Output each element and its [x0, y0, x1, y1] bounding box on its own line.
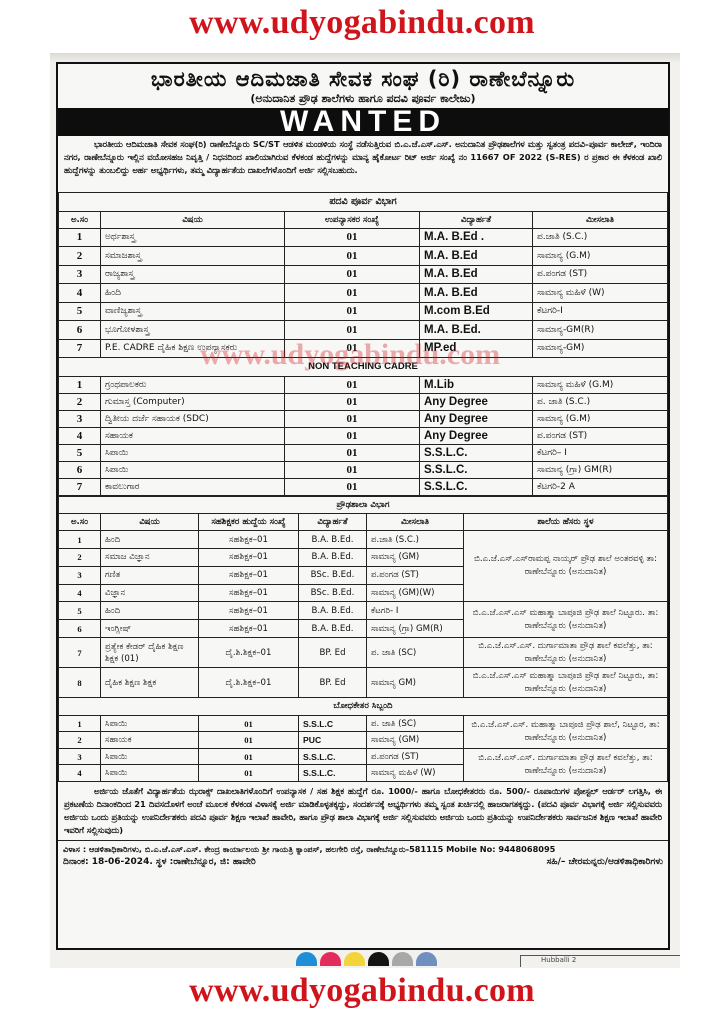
serial-number: 1 [59, 376, 101, 393]
reservation: ಪ. ಜಾತಿ (SC) [367, 638, 464, 668]
school-name: ಬಿ.ಎ.ಜೆ.ಎಸ್.ಎಸ್. ದುರ್ಗಾಮಾತಾ ಪ್ರೌಢ ಶಾಲೆ ಕ… [464, 638, 668, 668]
reservation: ಸಾಮಾನ್ಯ-GM) [533, 339, 668, 358]
subject: ದೈಹಿಕ ಶಿಕ್ಷಣ ಶಿಕ್ಷಕ [101, 668, 199, 698]
subject: ವಾಣಿಜ್ಯಶಾಸ್ತ್ರ [101, 302, 285, 321]
serial-number: 3 [59, 566, 101, 584]
serial-number: 3 [59, 410, 101, 427]
signature: ಸಹಿ/– ಚೇರಮನ್ನರು/ಆಡಳಿತಾಧಿಕಾರಿಗಳು [547, 857, 663, 867]
post-count: 01 [285, 247, 420, 266]
serial-number: 7 [59, 339, 101, 358]
post-count: 01 [285, 284, 420, 303]
serial-number: 4 [59, 584, 101, 602]
table-row: 2ಗುಮಾಸ್ತ (Computer)01Any Degreeಪ. ಜಾತಿ (… [59, 393, 668, 410]
serial-number: 8 [59, 668, 101, 698]
date-place: ದಿನಾಂಕ: 18-06-2024. ಸ್ಥಳ :ರಾಣೇಬೆನ್ನೂರ, ಜ… [63, 857, 256, 867]
subject: ಹಿಂದಿ [101, 284, 285, 303]
subject: P.E. CADRE ದೈಹಿಕ ಶಿಕ್ಷಣ ಉಪನ್ಯಾಸಕರು [101, 339, 285, 358]
post-count: 01 [285, 302, 420, 321]
table-row: 7ಕಾವಲುಗಾರ01S.S.L.C.ಕೆಟಗರಿ-2 A [59, 478, 668, 495]
serial-number: 1 [59, 531, 101, 549]
post-count: 01 [285, 228, 420, 247]
table-row: 6ಸಿಪಾಯಿ01S.S.L.C.ಸಾಮಾನ್ಯ (ಗ್ರಾ) GM(R) [59, 461, 668, 478]
post-count: 01 [285, 444, 420, 461]
subject: ಕಾವಲುಗಾರ [101, 478, 285, 495]
org-subtitle: (ಅನುದಾನಿತ ಪ್ರೌಢ ಶಾಲೆಗಳು ಹಾಗೂ ಪದವಿ ಪೂರ್ವ … [58, 92, 668, 105]
column-header: ಉಪನ್ಯಾಸಕರ ಸಂಖ್ಯೆ [285, 211, 420, 228]
subject: ರಾಜ್ಯಶಾಸ್ತ್ರ [101, 265, 285, 284]
table-header-row: ಅ.ಸಂವಿಷಯಉಪನ್ಯಾಸಕರ ಸಂಖ್ಯೆವಿದ್ಯಾರ್ಹತೆಮೀಸಲಾ… [59, 211, 668, 228]
subject: ಸಮಾಜಶಾಸ್ತ್ರ [101, 247, 285, 266]
table-row: 3ದ್ವಿತೀಯ ದರ್ಜೆ ಸಹಾಯಕ (SDC)01Any Degreeಸಾ… [59, 410, 668, 427]
qualification: M.Lib [420, 376, 533, 393]
school-name: ಬಿ.ಎ.ಜೆ.ಎಸ್.ಎಸ್. ದುರ್ಗಾಮಾತಾ ಪ್ರೌಢ ಶಾಲೆ ಕ… [464, 748, 668, 781]
reservation: ಸಾಮಾನ್ಯ ಮಹಿಳೆ (W) [533, 284, 668, 303]
school-name: ಬಿ.ಎ.ಜೆ.ಎಸ್.ಎಸ್ ಮಹಾತ್ಮಾ ಬಾಪೂಜಿ ಪ್ರೌಢ ಶಾಲ… [464, 668, 668, 698]
print-registration-marks [296, 952, 437, 966]
qualification: B.A. B.Ed. [299, 549, 367, 567]
reservation: ಪ.ಜಾತಿ (S.C.) [533, 228, 668, 247]
serial-number: 3 [59, 748, 101, 765]
registration-dot [416, 952, 437, 966]
table-row: 1ಹಿಂದಿಸಹಶಿಕ್ಷಕ–01B.A. B.Ed.ಪ.ಜಾತಿ (S.C.)… [59, 531, 668, 549]
subject: ಸಿಪಾಯಿ [101, 444, 285, 461]
serial-number: 2 [59, 393, 101, 410]
qualification: MP.ed [420, 339, 533, 358]
subject: ಹಿಂದಿ [101, 531, 199, 549]
post-count: ಸಹಶಿಕ್ಷಕ–01 [199, 620, 299, 638]
column-header: ವಿಷಯ [101, 514, 199, 531]
address: ವಿಳಾಸ : ಆಡಳಿತಾಧಿಕಾರಿಗಳು, ಬಿ.ಎ.ಜೆ.ಎಸ್.ಎಸ್… [58, 841, 668, 855]
serial-number: 7 [59, 638, 101, 668]
post-name: ಸಿಪಾಯಿ [101, 748, 199, 765]
reservation: ಪ.ಪಂಗಡ (ST) [533, 427, 668, 444]
serial-number: 5 [59, 602, 101, 620]
column-header: ಅ.ಸಂ [59, 514, 101, 531]
registration-dot [320, 952, 341, 966]
serial-number: 2 [59, 732, 101, 749]
serial-number: 1 [59, 715, 101, 732]
post-count: 01 [285, 376, 420, 393]
reservation: ಪ.ಪಂಗಡ (ST) [367, 566, 464, 584]
serial-number: 4 [59, 765, 101, 782]
high-school-table: ಪ್ರೌಢಶಾಲಾ ವಿಭಾಗ ಅ.ಸಂವಿಷಯಸಹಶಿಕ್ಷಕರ ಹುದ್ದೆ… [58, 496, 668, 782]
reservation: ಪ. ಜಾತಿ (S.C.) [533, 393, 668, 410]
table-row: 4ಹಿಂದಿ01M.A. B.Edಸಾಮಾನ್ಯ ಮಹಿಳೆ (W) [59, 284, 668, 303]
subject: ಗುಮಾಸ್ತ (Computer) [101, 393, 285, 410]
serial-number: 6 [59, 461, 101, 478]
column-header: ಅ.ಸಂ [59, 211, 101, 228]
column-header: ಶಾಲೆಯ ಹೆಸರು ಸ್ಥಳ [464, 514, 668, 531]
qualification: M.A. B.Ed. [420, 321, 533, 340]
post-count: ಸಹಶಿಕ್ಷಕ–01 [199, 531, 299, 549]
subject: ಅರ್ಥಶಾಸ್ತ್ರ [101, 228, 285, 247]
column-header: ವಿದ್ಯಾರ್ಹತೆ [299, 514, 367, 531]
reservation: ಸಾಮಾನ್ಯ (GM)(W) [367, 584, 464, 602]
qualification: PUC [299, 732, 367, 749]
subject: ಸಿಪಾಯಿ [101, 461, 285, 478]
reservation: ಸಾಮಾನ್ಯ (ಗ್ರಾ) GM(R) [367, 620, 464, 638]
site-url-top[interactable]: www.udyogabindu.com [0, 4, 724, 42]
table-row: 4ಸಹಾಯಕ01Any Degreeಪ.ಪಂಗಡ (ST) [59, 427, 668, 444]
post-count: 01 [285, 461, 420, 478]
qualification: Any Degree [420, 410, 533, 427]
reservation: ಪ.ಜಾತಿ (S.C.) [367, 531, 464, 549]
serial-number: 5 [59, 444, 101, 461]
reservation: ಪ. ಜಾತಿ (SC) [367, 715, 464, 732]
post-count: ಸಹಶಿಕ್ಷಕ–01 [199, 602, 299, 620]
subject: ಗಣಿತ [101, 566, 199, 584]
post-count: 01 [199, 748, 299, 765]
table-row: 7P.E. CADRE ದೈಹಿಕ ಶಿಕ್ಷಣ ಉಪನ್ಯಾಸಕರು01MP.… [59, 339, 668, 358]
reservation: ಸಾಮಾನ್ಯ ಮಹಿಳೆ (W) [367, 765, 464, 782]
post-count: 01 [285, 427, 420, 444]
qualification: BP. Ed [299, 668, 367, 698]
reservation: ಕೆಟಗರಿ-I [533, 302, 668, 321]
serial-number: 5 [59, 302, 101, 321]
wanted-banner: WANTED [58, 108, 668, 136]
qualification: BSc. B.Ed. [299, 584, 367, 602]
table-row: 5ಸಿಪಾಯಿ01S.S.L.C.ಕೆಟಗರಿ– I [59, 444, 668, 461]
column-header: ಮೀಸಲಾತಿ [533, 211, 668, 228]
post-name: ಸಿಪಾಯಿ [101, 765, 199, 782]
subject: ಸಮಾಜ ವಿಜ್ಞಾನ [101, 549, 199, 567]
table-row: 3ಸಿಪಾಯಿ01S.S.L.C.ಪ.ಪಂಗಡ (ST)ಬಿ.ಎ.ಜೆ.ಎಸ್.… [59, 748, 668, 765]
table-row: 1ಸಿಪಾಯಿ01S.S.L.Cಪ. ಜಾತಿ (SC)ಬಿ.ಎ.ಜೆ.ಎಸ್.… [59, 715, 668, 732]
subject: ಪ್ರತ್ಯೇಕ ಕೇಡರ್ ದೈಹಿಕ ಶಿಕ್ಷಣ ಶಿಕ್ಷಕ (01) [101, 638, 199, 668]
serial-number: 6 [59, 620, 101, 638]
post-count: ದೈ.ಶಿ.ಶಿಕ್ಷಕ–01 [199, 668, 299, 698]
puc-table: ಪದವಿ ಪೂರ್ವ ವಿಭಾಗ ಅ.ಸಂವಿಷಯಉಪನ್ಯಾಸಕರ ಸಂಖ್ಯ… [58, 192, 668, 496]
post-count: ಸಹಶಿಕ್ಷಕ–01 [199, 549, 299, 567]
post-count: ಸಹಶಿಕ್ಷಕ–01 [199, 566, 299, 584]
table-row: 1ಅರ್ಥಶಾಸ್ತ್ರ01M.A. B.Ed .ಪ.ಜಾತಿ (S.C.) [59, 228, 668, 247]
serial-number: 2 [59, 549, 101, 567]
subject: ಗ್ರಂಥಪಾಲಕರು [101, 376, 285, 393]
job-advertisement: ಭಾರತೀಯ ಆದಿಮಜಾತಿ ಸೇವಕ ಸಂಘ (ರಿ) ರಾಣೇಬೆನ್ನೂ… [56, 62, 670, 950]
serial-number: 6 [59, 321, 101, 340]
reservation: ಸಾಮಾನ್ಯ ಮಹಿಳೆ (G.M) [533, 376, 668, 393]
qualification: B.A. B.Ed. [299, 602, 367, 620]
qualification: S.S.L.C. [420, 461, 533, 478]
reservation: ಕೆಟಗರಿ- I [367, 602, 464, 620]
table-row: 6ಭೂಗೋಳಶಾಸ್ತ್ರ01M.A. B.Ed.ಸಾಮಾನ್ಯ-GM(R) [59, 321, 668, 340]
reservation: ಕೆಟಗರಿ– I [533, 444, 668, 461]
registration-dot [392, 952, 413, 966]
section-title: ಬೋಧಕೇತರ ಸಿಬ್ಬಂದಿ [59, 698, 668, 716]
column-header: ಸಹಶಿಕ್ಷಕರ ಹುದ್ದೆಯ ಸಂಖ್ಯೆ [199, 514, 299, 531]
qualification: B.A. B.Ed. [299, 620, 367, 638]
section-title: ಪದವಿ ಪೂರ್ವ ವಿಭಾಗ [59, 193, 668, 212]
qualification: S.S.L.C [299, 715, 367, 732]
reservation: ಸಾಮಾನ್ಯ-GM(R) [533, 321, 668, 340]
post-count: 01 [199, 715, 299, 732]
qualification: M.com B.Ed [420, 302, 533, 321]
table-row: 8ದೈಹಿಕ ಶಿಕ್ಷಣ ಶಿಕ್ಷಕದೈ.ಶಿ.ಶಿಕ್ಷಕ–01BP. E… [59, 668, 668, 698]
reservation: ಸಾಮಾನ್ಯ (ಗ್ರಾ) GM(R) [533, 461, 668, 478]
post-name: ಸಹಾಯಕ [101, 732, 199, 749]
serial-number: 1 [59, 228, 101, 247]
qualification: M.A. B.Ed [420, 265, 533, 284]
school-name: ಬಿ.ಎ.ಜೆ.ಎಸ್.ಎಸ್‌ರಾಮಪ್ಪ ನಾಯ್ಕರ್ ಪ್ರೌಢ ಶಾಲ… [464, 531, 668, 602]
registration-dot [368, 952, 389, 966]
serial-number: 3 [59, 265, 101, 284]
serial-number: 4 [59, 427, 101, 444]
post-count: 01 [285, 265, 420, 284]
table-row: 2ಸಮಾಜಶಾಸ್ತ್ರ01M.A. B.Edಸಾಮಾನ್ಯ (G.M) [59, 247, 668, 266]
serial-number: 7 [59, 478, 101, 495]
reservation: ಸಾಮಾನ್ಯ (G.M) [533, 410, 668, 427]
reservation: ಸಾಮಾನ್ಯ (GM) [367, 732, 464, 749]
newspaper-clipping: ಭಾರತೀಯ ಆದಿಮಜಾತಿ ಸೇವಕ ಸಂಘ (ರಿ) ರಾಣೇಬೆನ್ನೂ… [50, 53, 680, 968]
qualification: S.S.L.C. [420, 478, 533, 495]
qualification: B.A. B.Ed. [299, 531, 367, 549]
post-count: 01 [285, 478, 420, 495]
serial-number: 2 [59, 247, 101, 266]
qualification: BSc. B.Ed. [299, 566, 367, 584]
instructions-paragraph: ಅರ್ಜಿಯ ಜೊತೆಗೆ ವಿದ್ಯಾರ್ಹತೆಯ ಝರಾಕ್ಸ್ ದಾಖಲಾ… [58, 782, 668, 841]
subject: ಸಹಾಯಕ [101, 427, 285, 444]
section-title: NON TEACHING CADRE [59, 358, 668, 377]
column-header: ಮೀಸಲಾತಿ [367, 514, 464, 531]
qualification: S.S.L.C. [420, 444, 533, 461]
section-title: ಪ್ರೌಢಶಾಲಾ ವಿಭಾಗ [59, 496, 668, 514]
registration-dot [296, 952, 317, 966]
post-count: ಸಹಶಿಕ್ಷಕ–01 [199, 584, 299, 602]
org-name: ಭಾರತೀಯ ಆದಿಮಜಾತಿ ಸೇವಕ ಸಂಘ (ರಿ) ರಾಣೇಬೆನ್ನೂ… [58, 64, 668, 92]
qualification: M.A. B.Ed . [420, 228, 533, 247]
reservation: ಸಾಮಾನ್ಯ (GM) [367, 549, 464, 567]
qualification: BP. Ed [299, 638, 367, 668]
school-name: ಬಿ.ಎ.ಜೆ.ಎಸ್.ಎಸ್ ಮಹಾತ್ಮಾ ಬಾಪೂಜಿ ಪ್ರೌಢ ಶಾಲ… [464, 602, 668, 638]
post-count: 01 [285, 339, 420, 358]
subject: ಇಂಗ್ಲೀಷ್ [101, 620, 199, 638]
qualification: M.A. B.Ed [420, 247, 533, 266]
post-count: 01 [199, 765, 299, 782]
qualification: S.S.L.C. [299, 748, 367, 765]
adjacent-clipping-stub: Hubballi 2 [520, 955, 680, 967]
site-url-bottom[interactable]: www.udyogabindu.com [0, 972, 724, 1010]
reservation: ಸಾಮಾನ್ಯ (G.M) [533, 247, 668, 266]
column-header: ವಿಷಯ [101, 211, 285, 228]
table-row: 5ಹಿಂದಿಸಹಶಿಕ್ಷಕ–01B.A. B.Ed.ಕೆಟಗರಿ- Iಬಿ.ಎ… [59, 602, 668, 620]
intro-paragraph: ಭಾರತೀಯ ಆದಿಮಜಾತಿ ಸೇವಕ ಸಂಘ(ರಿ) ರಾಣೇಬೆನ್ನೂರ… [58, 136, 668, 192]
table-row: 5ವಾಣಿಜ್ಯಶಾಸ್ತ್ರ01M.com B.Edಕೆಟಗರಿ-I [59, 302, 668, 321]
serial-number: 4 [59, 284, 101, 303]
subject: ಹಿಂದಿ [101, 602, 199, 620]
post-count: 01 [285, 393, 420, 410]
qualification: Any Degree [420, 393, 533, 410]
reservation: ಪ.ಪಂಗಡ (ST) [367, 748, 464, 765]
qualification: Any Degree [420, 427, 533, 444]
table-header-row: ಅ.ಸಂವಿಷಯಸಹಶಿಕ್ಷಕರ ಹುದ್ದೆಯ ಸಂಖ್ಯೆವಿದ್ಯಾರ್… [59, 514, 668, 531]
table-row: 7ಪ್ರತ್ಯೇಕ ಕೇಡರ್ ದೈಹಿಕ ಶಿಕ್ಷಣ ಶಿಕ್ಷಕ (01)… [59, 638, 668, 668]
reservation: ಪ.ಪಂಗಡ (ST) [533, 265, 668, 284]
qualification: S.S.L.C. [299, 765, 367, 782]
qualification: M.A. B.Ed [420, 284, 533, 303]
post-name: ಸಿಪಾಯಿ [101, 715, 199, 732]
column-header: ವಿದ್ಯಾರ್ಹತೆ [420, 211, 533, 228]
school-name: ಬಿ.ಎ.ಜೆ.ಎಸ್.ಎಸ್. ಮಹಾತ್ಮಾ ಬಾಪೂಜಿ ಪ್ರೌಢ ಶಾ… [464, 715, 668, 748]
reservation: ಸಾಮಾನ್ಯ GM) [367, 668, 464, 698]
subject: ಭೂಗೋಳಶಾಸ್ತ್ರ [101, 321, 285, 340]
subject: ವಿಜ್ಞಾನ [101, 584, 199, 602]
post-count: 01 [199, 732, 299, 749]
subject: ದ್ವಿತೀಯ ದರ್ಜೆ ಸಹಾಯಕ (SDC) [101, 410, 285, 427]
post-count: 01 [285, 410, 420, 427]
registration-dot [344, 952, 365, 966]
table-row: 3ರಾಜ್ಯಶಾಸ್ತ್ರ01M.A. B.Edಪ.ಪಂಗಡ (ST) [59, 265, 668, 284]
post-count: ದೈ.ಶಿ.ಶಿಕ್ಷಕ–01 [199, 638, 299, 668]
post-count: 01 [285, 321, 420, 340]
reservation: ಕೆಟಗರಿ-2 A [533, 478, 668, 495]
table-row: 1ಗ್ರಂಥಪಾಲಕರು01M.Libಸಾಮಾನ್ಯ ಮಹಿಳೆ (G.M) [59, 376, 668, 393]
